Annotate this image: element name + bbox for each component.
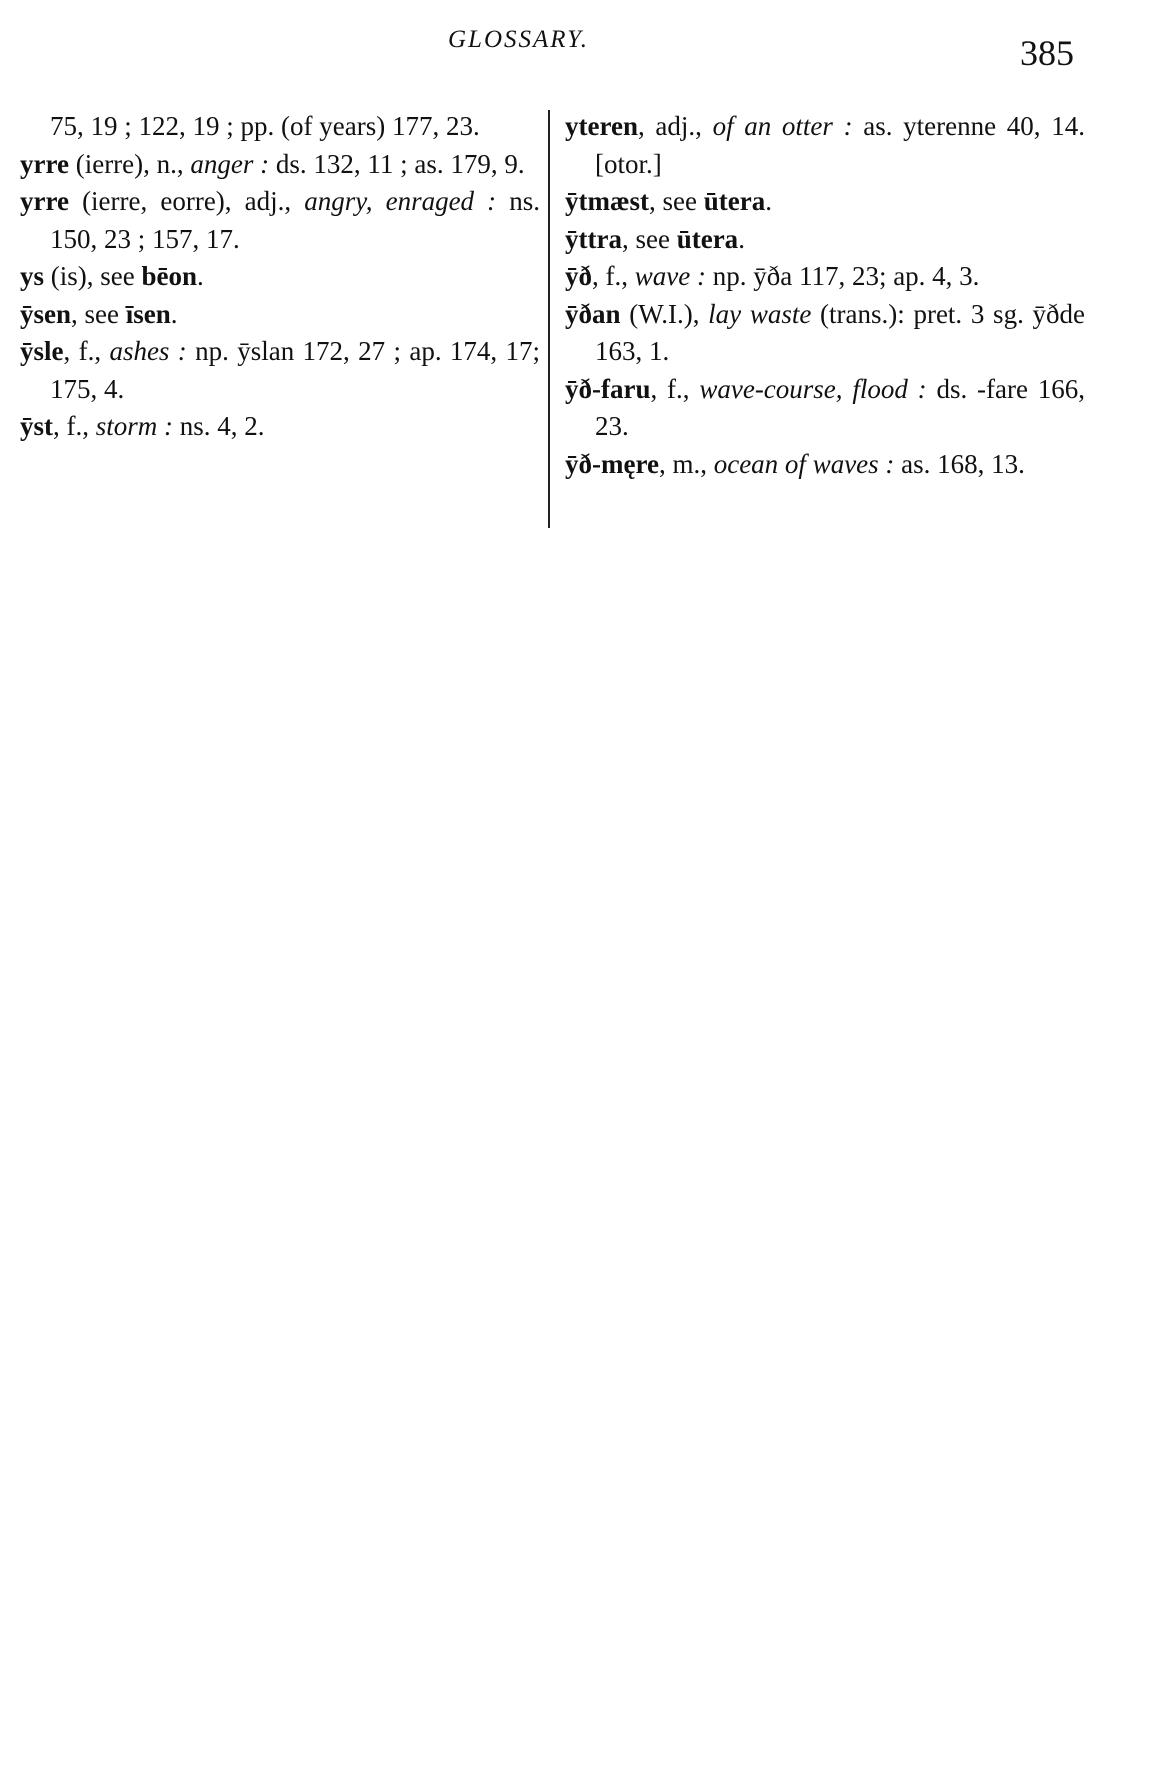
headword: ȳðan	[565, 299, 621, 329]
punctuation: .	[765, 186, 772, 216]
gloss: lay waste	[708, 299, 811, 329]
headword: yteren	[565, 111, 638, 141]
grammar: , f.,	[53, 411, 96, 441]
grammar: , f.,	[64, 336, 110, 366]
punctuation: .	[171, 299, 178, 329]
gloss: storm :	[96, 411, 173, 441]
gloss: of an otter :	[713, 111, 853, 141]
glossary-entry-yth-mere: ȳð-męre, m., ocean of waves : as. 168, 1…	[565, 446, 1085, 484]
glossary-entry-yteren: yteren, adj., of an otter : as. yterenne…	[565, 108, 1085, 183]
left-column: 75, 19 ; 122, 19 ; pp. (of years) 177, 2…	[20, 108, 540, 446]
grammar: (ierre), n.,	[69, 149, 190, 179]
glossary-entry-ythan: ȳðan (W.I.), lay waste (trans.): pret. 3…	[565, 296, 1085, 371]
gloss: ocean of waves :	[714, 449, 895, 479]
gloss: wave-course, flood :	[699, 374, 926, 404]
glossary-entry-ytmaest: ȳtmæst, see ūtera.	[565, 183, 1085, 221]
headword: ȳsle	[20, 336, 64, 366]
headword: yrre	[20, 186, 69, 216]
citations: ns. 4, 2.	[173, 411, 265, 441]
grammar: (is), see	[44, 261, 141, 291]
glossary-entry-yth-faru: ȳð-faru, f., wave-course, flood : ds. -f…	[565, 371, 1085, 446]
glossary-entry-yst: ȳst, f., storm : ns. 4, 2.	[20, 408, 540, 446]
cross-reference: ūtera	[677, 224, 738, 254]
citations: as. 168, 13.	[894, 449, 1025, 479]
gloss: anger :	[190, 149, 269, 179]
grammar: , see	[649, 186, 704, 216]
headword: ȳð-męre	[565, 449, 659, 479]
grammar: (ierre, eorre), adj.,	[69, 186, 304, 216]
glossary-entry-ysle: ȳsle, f., ashes : np. ȳslan 172, 27 ; ap…	[20, 333, 540, 408]
grammar: (W.I.),	[621, 299, 709, 329]
headword: ȳttra	[565, 224, 622, 254]
cross-reference: īsen	[126, 299, 171, 329]
headword: ȳð-faru	[565, 374, 650, 404]
glossary-entry-ys: ys (is), see bēon.	[20, 258, 540, 296]
citations: np. ȳða 117, 23; ap. 4, 3.	[706, 261, 979, 291]
gloss: angry, enraged :	[304, 186, 496, 216]
page-number: 385	[1020, 32, 1074, 74]
glossary-entry-yth: ȳð, f., wave : np. ȳða 117, 23; ap. 4, 3…	[565, 258, 1085, 296]
cross-reference: bēon	[141, 261, 197, 291]
glossary-entry-continuation: 75, 19 ; 122, 19 ; pp. (of years) 177, 2…	[20, 108, 540, 146]
glossary-entry-yttra: ȳttra, see ūtera.	[565, 221, 1085, 259]
punctuation: .	[738, 224, 745, 254]
headword: ȳtmæst	[565, 186, 649, 216]
headword: ys	[20, 261, 44, 291]
glossary-entry-yrre-adj: yrre (ierre, eorre), adj., angry, enrage…	[20, 183, 540, 258]
gloss: wave :	[635, 261, 706, 291]
headword: ȳð	[565, 261, 592, 291]
headword: ȳst	[20, 411, 53, 441]
citations: ds. 132, 11 ; as. 179, 9.	[269, 149, 525, 179]
running-title: GLOSSARY.	[448, 26, 589, 54]
right-column: yteren, adj., of an otter : as. yterenne…	[565, 108, 1085, 483]
gloss: ashes :	[109, 336, 186, 366]
headword: ȳsen	[20, 299, 71, 329]
grammar: , f.,	[650, 374, 699, 404]
grammar: , see	[622, 224, 677, 254]
glossary-entry-yrre-noun: yrre (ierre), n., anger : ds. 132, 11 ; …	[20, 146, 540, 184]
grammar: , f.,	[592, 261, 635, 291]
cross-reference: ūtera	[704, 186, 765, 216]
grammar: , adj.,	[638, 111, 713, 141]
grammar: , see	[71, 299, 126, 329]
headword: yrre	[20, 149, 69, 179]
running-head: GLOSSARY. 385	[0, 22, 1158, 62]
glossary-entry-ysen: ȳsen, see īsen.	[20, 296, 540, 334]
punctuation: .	[197, 261, 204, 291]
grammar: , m.,	[659, 449, 714, 479]
entry-text: 75, 19 ; 122, 19 ; pp. (of years) 177, 2…	[50, 111, 480, 141]
column-divider	[548, 110, 550, 528]
